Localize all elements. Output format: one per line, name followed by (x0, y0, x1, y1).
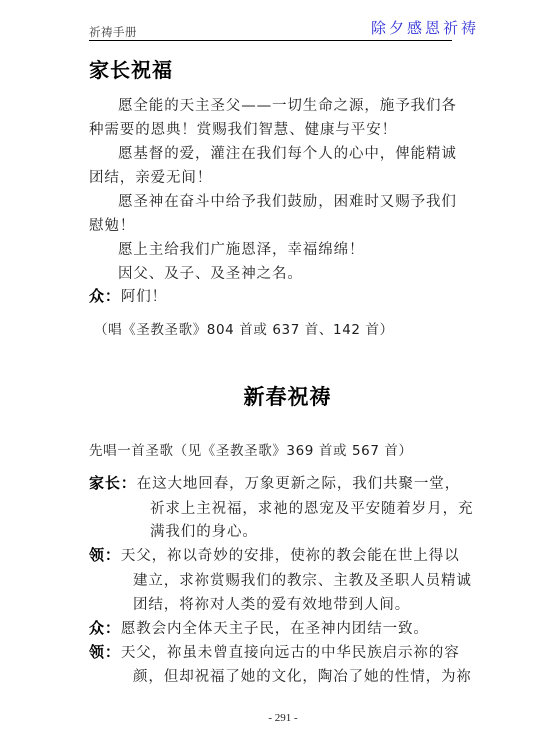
speaker-label: 众： (89, 619, 121, 637)
hymn-note: （唱《圣教圣歌》804 首或 637 首、142 首） (94, 318, 394, 338)
paragraph-line: 慰勉！ (89, 214, 135, 235)
paragraph-line: 愿基督的爱，灌注在我们每个人的心中，俾能精诚 (118, 142, 457, 163)
paragraph-line: 愿全能的天主圣父——一切生命之源，施予我们各 (118, 94, 457, 115)
header-rule (89, 40, 452, 41)
document-page: 祈祷手册 除夕感恩祈祷 家长祝福 愿全能的天主圣父——一切生命之源，施予我们各 … (0, 0, 555, 744)
intro-instruction: 先唱一首圣歌（见《圣教圣歌》369 首或 567 首） (89, 439, 413, 459)
dialogue-line: 满我们的身心。 (150, 520, 258, 541)
dialogue-line: 众：愿教会内全体天主子民，在圣神内团结一致。 (89, 617, 429, 638)
dialogue-line: 领：天父，祢虽未曾直接向远古的中华民族启示祢的容 (89, 641, 460, 662)
response-text: 阿们！ (121, 289, 167, 305)
congregation-response: 众：阿们！ (89, 285, 167, 306)
page-number: - 291 - (0, 712, 555, 724)
dialogue-line: 家长：在这大地回春，万象更新之际，我们共聚一堂， (89, 472, 460, 493)
dialogue-text: 天父，祢虽未曾直接向远古的中华民族启示祢的容 (121, 645, 460, 661)
dialogue-line: 颜，但却祝福了她的文化，陶冶了她的性情，为祢 (133, 665, 472, 686)
dialogue-text: 天父，祢以奇妙的安排，使祢的教会能在世上得以 (121, 548, 460, 564)
paragraph-line: 愿上主给我们广施恩泽，幸福绵绵！ (118, 238, 364, 259)
section-title-new-year-prayer: 新春祝祷 (0, 381, 555, 411)
speaker-label: 众： (89, 287, 121, 305)
section-title-family-blessing: 家长祝福 (89, 54, 173, 83)
paragraph-line: 团结，亲爱无间！ (89, 166, 212, 187)
running-header-book-title: 祈祷手册 (89, 24, 137, 40)
dialogue-line: 建立，求祢赏赐我们的教宗、主教及圣职人员精诚 (133, 569, 472, 590)
dialogue-line: 团结，将祢对人类的爱有效地带到人间。 (133, 593, 410, 614)
dialogue-line: 领：天父，祢以奇妙的安排，使祢的教会能在世上得以 (89, 544, 460, 565)
dialogue-text: 在这大地回春，万象更新之际，我们共聚一堂， (137, 476, 460, 492)
paragraph-line: 愿圣神在奋斗中给予我们鼓励，困难时又赐予我们 (118, 190, 457, 211)
dialogue-text: 愿教会内全体天主子民，在圣神内团结一致。 (121, 621, 429, 637)
paragraph-line: 种需要的恩典！赏赐我们智慧、健康与平安！ (89, 118, 397, 139)
paragraph-line: 因父、及子、及圣神之名。 (118, 262, 303, 283)
speaker-label: 领： (89, 546, 121, 564)
speaker-label: 领： (89, 643, 121, 661)
dialogue-line: 祈求上主祝福，求祂的恩宠及平安随着岁月，充 (150, 497, 473, 518)
running-header-section-title: 除夕感恩祈祷 (371, 17, 479, 38)
speaker-label: 家长： (89, 474, 137, 492)
